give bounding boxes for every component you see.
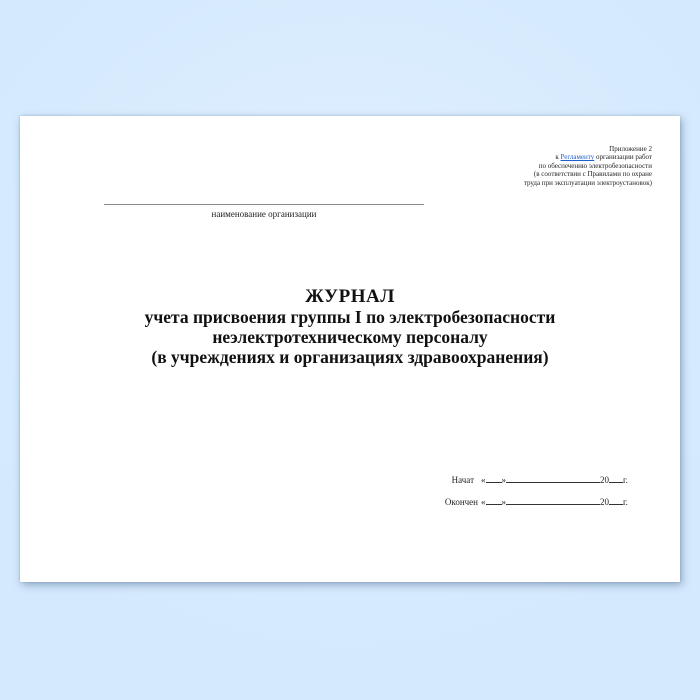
ended-date-row: Окончен«»20г. xyxy=(440,495,628,517)
reglament-link[interactable]: Регламенту xyxy=(561,153,595,161)
ended-year-blank xyxy=(609,495,623,505)
started-date-row: Начат«»20г. xyxy=(440,473,628,495)
journal-title: ЖУРНАЛ учета присвоения группы I по элек… xyxy=(20,286,680,367)
year-suffix: г. xyxy=(623,475,628,485)
title-main: ЖУРНАЛ xyxy=(20,286,680,307)
organization-name-line xyxy=(104,204,424,205)
appendix-line-4: (в соответствии с Правилами по охране xyxy=(524,170,652,178)
appendix-suffix: организации работ xyxy=(594,153,652,161)
year-suffix: г. xyxy=(623,497,628,507)
title-line-4: (в учреждениях и организациях здравоохра… xyxy=(20,347,680,367)
ended-month-blank xyxy=(506,495,600,505)
century: 20 xyxy=(600,475,609,485)
ended-day-blank xyxy=(486,495,502,505)
title-line-2: учета присвоения группы I по электробезо… xyxy=(20,307,680,327)
document-page: Приложение 2 к Регламенту организации ра… xyxy=(20,116,680,582)
started-month-blank xyxy=(506,473,600,483)
appendix-line-3: по обеспечению электробезопасности xyxy=(524,162,652,170)
started-label: Начат xyxy=(440,474,474,486)
date-fields: Начат«»20г. Окончен«»20г. xyxy=(440,473,628,517)
appendix-line-1: Приложение 2 xyxy=(524,145,652,153)
appendix-note: Приложение 2 к Регламенту организации ра… xyxy=(524,145,652,187)
started-year-blank xyxy=(609,473,623,483)
organization-caption: наименование организации xyxy=(104,209,424,219)
started-day-blank xyxy=(486,473,502,483)
organization-field: наименование организации xyxy=(104,204,424,219)
appendix-line-2: к Регламенту организации работ xyxy=(524,153,652,161)
appendix-line-5: труда при эксплуатации электроустановок) xyxy=(524,179,652,187)
title-line-3: неэлектротехническому персоналу xyxy=(20,327,680,347)
ended-label: Окончен xyxy=(440,496,478,508)
century: 20 xyxy=(600,497,609,507)
